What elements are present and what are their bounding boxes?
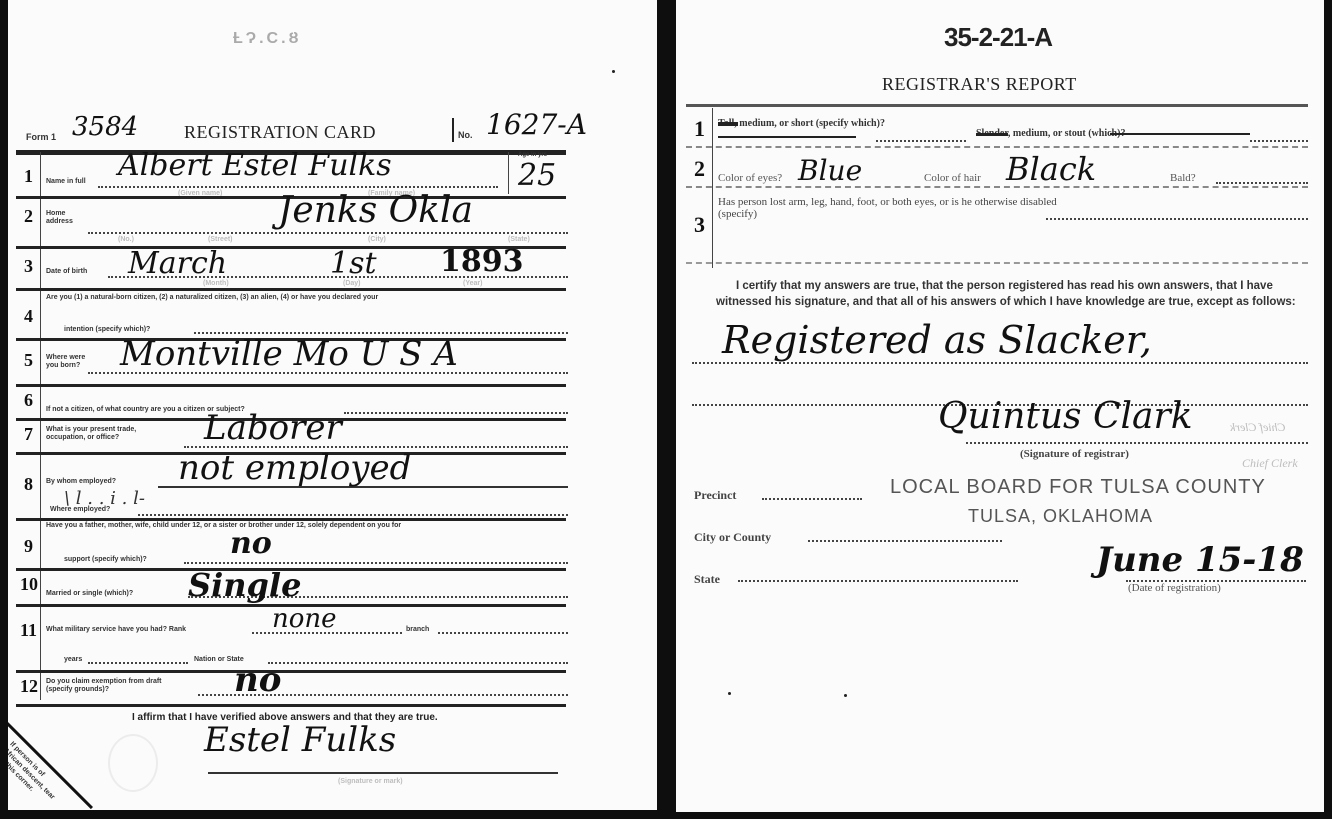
row-number: 3: [24, 256, 33, 277]
row-label: Date of birth: [46, 268, 87, 275]
row-number: 11: [20, 620, 37, 641]
row-label: Do you claim exemption from draft (speci…: [46, 678, 186, 694]
dependents-value: no: [230, 526, 272, 561]
eye-color-label: Color of eyes?: [718, 172, 782, 184]
age-value: 25: [518, 158, 556, 193]
card-title: REGISTRATION CARD: [184, 122, 376, 143]
row-label: Are you (1) a natural-born citizen, (2) …: [46, 294, 378, 301]
header-stamp: ȽɁ.C.Ȣ: [233, 30, 302, 48]
military-service-value: none: [272, 604, 337, 634]
hair-color-label: Color of hair: [924, 172, 981, 184]
faded-seal: [108, 734, 158, 792]
row-number: 1: [24, 166, 33, 187]
row-number: 1: [694, 116, 705, 142]
birth-day-value: 1st: [330, 246, 377, 281]
city-county-label: City or County: [694, 530, 771, 545]
row-label: Married or single (which)?: [46, 590, 133, 597]
sub-caption: (State): [508, 236, 530, 243]
row-number: 5: [24, 350, 33, 371]
row-number: 4: [24, 306, 33, 327]
row-label-2: intention (specify which)?: [64, 326, 150, 333]
row-number: 8: [24, 474, 33, 495]
row-label: What military service have you had? Rank: [46, 626, 186, 633]
exemption-value: no: [234, 660, 281, 700]
signature-caption: (Signature or mark): [338, 778, 403, 785]
registrars-report: 35-2-21-A REGISTRAR'S REPORT 1 Tall, med…: [676, 0, 1324, 812]
exception-note: Registered as Slacker,: [722, 318, 1152, 362]
faded-stamp: Chief Clerk: [1242, 456, 1298, 471]
row-number: 12: [20, 676, 38, 697]
hair-color-value: Black: [1006, 150, 1096, 188]
row-label: By whom employed?: [46, 478, 116, 485]
name-value: Albert Estel Fulks: [118, 148, 392, 183]
row-label-2: support (specify which)?: [64, 556, 147, 563]
sub-caption: (Month): [203, 280, 229, 287]
sub-caption: (No.): [118, 236, 134, 243]
row-number: 2: [694, 156, 705, 182]
report-title: REGISTRAR'S REPORT: [882, 74, 1077, 95]
board-stamp-line-1: LOCAL BOARD FOR TULSA COUNTY: [890, 476, 1266, 499]
row-number: 7: [24, 424, 33, 445]
row-label-years: years: [64, 656, 82, 663]
bald-label: Bald?: [1170, 172, 1196, 184]
birthplace-value: Montville Mo U S A: [120, 334, 458, 374]
row-number: 9: [24, 536, 33, 557]
serial-no-label: No.: [458, 130, 473, 140]
row-label: Name in full: [46, 178, 86, 185]
disability-label: Has person lost arm, leg, hand, foot, or…: [718, 196, 1058, 220]
registration-card: ȽɁ.C.Ȣ Form 1 3584 REGISTRATION CARD No.…: [8, 0, 661, 810]
occupation-value: Laborer: [204, 408, 342, 448]
row-number: 3: [694, 212, 705, 238]
registration-date-caption: (Date of registration): [1128, 582, 1221, 594]
birth-year-value: 1893: [440, 244, 524, 279]
marital-status-value: Single: [188, 566, 301, 604]
birth-month-value: March: [128, 246, 227, 281]
registrant-signature: Estel Fulks: [204, 720, 396, 760]
row-label: What is your present trade, occupation, …: [46, 426, 146, 442]
certification-text: I certify that my answers are true, that…: [716, 278, 1316, 310]
sub-caption: (Year): [463, 280, 482, 287]
row-label-branch: branch: [406, 626, 429, 633]
home-address-value: Jenks Okla: [278, 190, 473, 231]
row-number: 2: [24, 206, 33, 227]
row-number: 10: [20, 574, 38, 595]
precinct-label: Precinct: [694, 488, 736, 503]
state-label: State: [694, 572, 720, 587]
eye-color-value: Blue: [798, 154, 862, 187]
where-employed-scribble: \ l . . i . l-: [64, 488, 145, 509]
file-code: 35-2-21-A: [944, 22, 1052, 53]
faded-stamp-mirror: Chief Clerk: [1230, 420, 1286, 435]
employer-value: not employed: [178, 448, 411, 488]
row-label: Have you a father, mother, wife, child u…: [46, 522, 401, 529]
sub-caption: (City): [368, 236, 386, 243]
registrar-caption: (Signature of registrar): [1020, 448, 1129, 460]
registrar-signature: Quintus Clark: [938, 396, 1193, 437]
serial-number: 1627-A: [486, 108, 587, 141]
row-label: Where were you born?: [46, 354, 94, 370]
sub-caption: (Street): [208, 236, 233, 243]
board-stamp-line-2: TULSA, OKLAHOMA: [968, 506, 1153, 527]
sub-caption: (Day): [343, 280, 361, 287]
form-number: 3584: [72, 112, 138, 142]
row-number: 6: [24, 390, 33, 411]
registration-date: June 15-18: [1096, 540, 1304, 580]
build-height-label: Tall, medium, or short (specify which)?: [718, 118, 888, 130]
row-label: Home address: [46, 210, 86, 226]
form-label: Form 1: [26, 132, 56, 142]
